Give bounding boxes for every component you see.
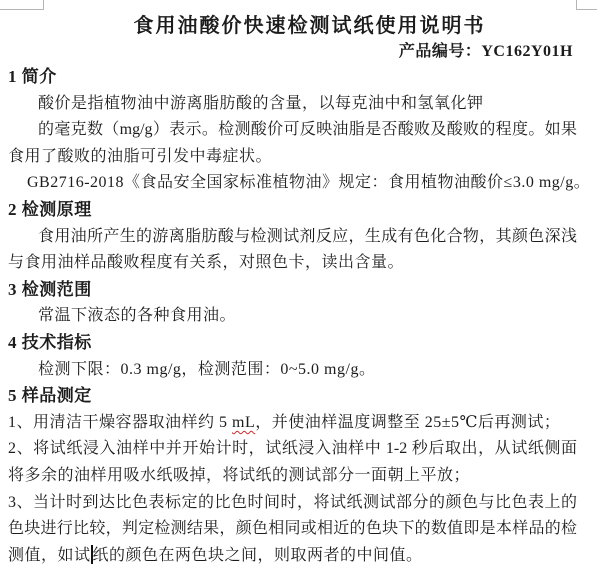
section-5-heading[interactable]: 5 样品测定 xyxy=(8,383,92,409)
section-1-line-1[interactable]: 酸价是指植物油中游离脂肪酸的含量，以每克油中和氢氧化钾 xyxy=(38,91,484,117)
section-5-step-3-line-3[interactable]: 测值，如试纸的颜色在两色块之间，则取两者的中间值。 xyxy=(8,543,423,569)
section-1-line-2[interactable]: 的毫克数（mg/g）表示。检测酸价可反映油脂是否酸败及酸败的程度。如果 xyxy=(38,117,577,143)
document-page[interactable]: 食用油酸价快速检测试纸使用说明书 产品编号：YC162Y01H 1 简介 酸价是… xyxy=(0,0,597,569)
section-1-heading[interactable]: 1 简介 xyxy=(8,64,57,90)
step-3-text-pre: 测值，如试 xyxy=(8,547,91,564)
section-5-step-3-line-2[interactable]: 色块进行比较，判定检测结果，颜色相同或相近的色块下的数值即是本样品的检 xyxy=(8,516,577,542)
section-2-heading[interactable]: 2 检测原理 xyxy=(8,197,92,223)
section-3-line-1[interactable]: 常温下液态的各种食用油。 xyxy=(38,303,236,329)
section-1-line-3[interactable]: 食用了酸败的油脂可引发中毒症状。 xyxy=(8,144,272,170)
section-5-step-3-line-1[interactable]: 3、当计时到达比色表标定的比色时间时，将试纸测试部分的颜色与比色表上的 xyxy=(8,490,577,516)
section-5-step-1[interactable]: 1、用清洁干燥容器取油样约 5 mL，并使油样温度调整至 25±5℃后再测试； xyxy=(8,410,560,436)
section-2-line-2[interactable]: 与食用油样品酸败程度有关系，对照色卡，读出含量。 xyxy=(8,250,404,276)
section-1-standard-line[interactable]: GB2716-2018《食品安全国家标准植物油》规定：食用植物油酸价≤3.0 m… xyxy=(27,170,590,196)
section-4-heading[interactable]: 4 技术指标 xyxy=(8,330,92,356)
section-4-line-1[interactable]: 检测下限：0.3 mg/g，检测范围：0~5.0 mg/g。 xyxy=(38,357,375,383)
step-1-text-post: ，并使油样温度调整至 25±5℃后再测试； xyxy=(255,414,560,431)
document-title[interactable]: 食用油酸价快速检测试纸使用说明书 xyxy=(0,9,597,38)
spellcheck-marked-word: mL xyxy=(232,414,255,431)
step-1-text-pre: 1、用清洁干燥容器取油样约 5 xyxy=(8,414,232,431)
section-5-step-2-line-2[interactable]: 将多余的油样用吸水纸吸掉，将试纸的测试部分一面朝上平放； xyxy=(8,463,470,489)
step-3-text-post: 纸的颜色在两色块之间，则取两者的中间值。 xyxy=(93,547,423,564)
product-code[interactable]: 产品编号：YC162Y01H xyxy=(399,38,573,61)
section-2-line-1[interactable]: 食用油所产生的游离脂肪酸与检测试剂反应，生成有色化合物，其颜色深浅 xyxy=(38,224,577,250)
section-5-step-2-line-1[interactable]: 2、将试纸浸入油样中并开始计时，试纸浸入油样中 1-2 秒后取出，从试纸侧面 xyxy=(8,436,577,462)
section-3-heading[interactable]: 3 检测范围 xyxy=(8,277,92,303)
